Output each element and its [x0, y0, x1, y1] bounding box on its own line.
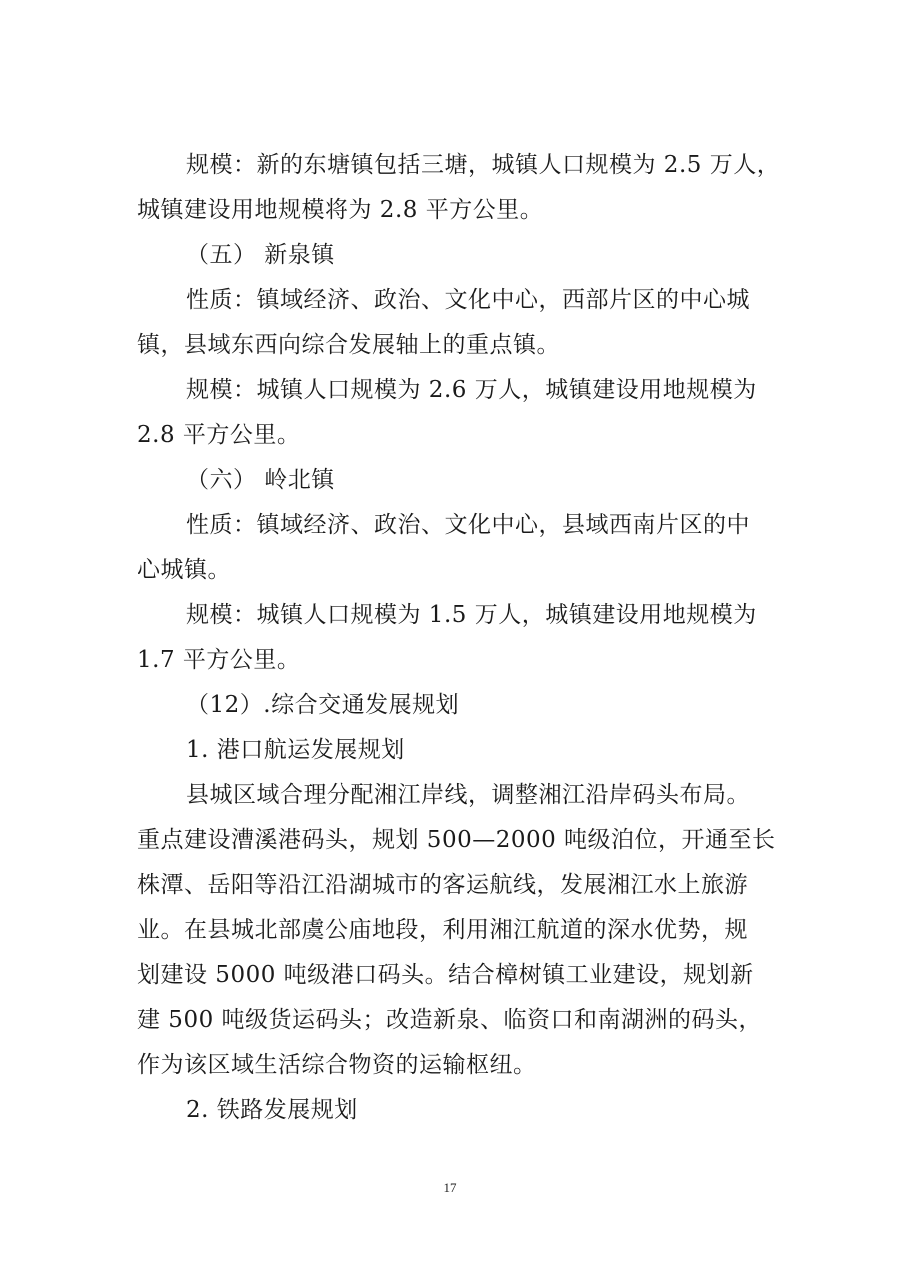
paragraph-line: 性质：镇域经济、政治、文化中心，县域西南片区的中 [186, 510, 826, 540]
paragraph-line: 2.8 平方公里。 [137, 420, 777, 450]
paragraph-line: 心城镇。 [137, 555, 777, 585]
paragraph-line: 业。在县城北部虞公庙地段，利用湘江航道的深水优势，规 [137, 915, 777, 945]
paragraph-line: 重点建设漕溪港码头，规划 500—2000 吨级泊位，开通至长 [137, 825, 777, 855]
paragraph-line: 划建设 5000 吨级港口码头。结合樟树镇工业建设，规划新 [137, 960, 777, 990]
paragraph-line: 城镇建设用地规模将为 2.8 平方公里。 [137, 195, 777, 225]
paragraph-line: 规模：城镇人口规模为 2.6 万人，城镇建设用地规模为 [186, 375, 826, 405]
paragraph-line: 1.7 平方公里。 [137, 645, 777, 675]
subsection-heading-port: 1. 港口航运发展规划 [186, 735, 826, 765]
paragraph-line: 规模：城镇人口规模为 1.5 万人，城镇建设用地规模为 [186, 600, 826, 630]
section-heading-transport: （12）.综合交通发展规划 [186, 690, 826, 720]
subsection-heading-railway: 2. 铁路发展规划 [186, 1095, 826, 1125]
section-heading-xinquan: （五） 新泉镇 [186, 240, 826, 270]
paragraph-line: 性质：镇域经济、政治、文化中心，西部片区的中心城 [186, 285, 826, 315]
paragraph-line: 建 500 吨级货运码头；改造新泉、临资口和南湖洲的码头， [137, 1005, 777, 1035]
section-heading-lingbei: （六） 岭北镇 [186, 465, 826, 495]
document-page: 规模：新的东塘镇包括三塘，城镇人口规模为 2.5 万人， 城镇建设用地规模将为 … [0, 0, 900, 1272]
paragraph-line: 作为该区域生活综合物资的运输枢纽。 [137, 1050, 777, 1080]
paragraph-line: 镇，县域东西向综合发展轴上的重点镇。 [137, 330, 777, 360]
paragraph-line: 县城区域合理分配湘江岸线，调整湘江沿岸码头布局。 [186, 780, 826, 810]
paragraph-line: 株潭、岳阳等沿江沿湖城市的客运航线，发展湘江水上旅游 [137, 870, 777, 900]
paragraph-line: 规模：新的东塘镇包括三塘，城镇人口规模为 2.5 万人， [186, 150, 826, 180]
page-number: 17 [0, 1180, 900, 1196]
